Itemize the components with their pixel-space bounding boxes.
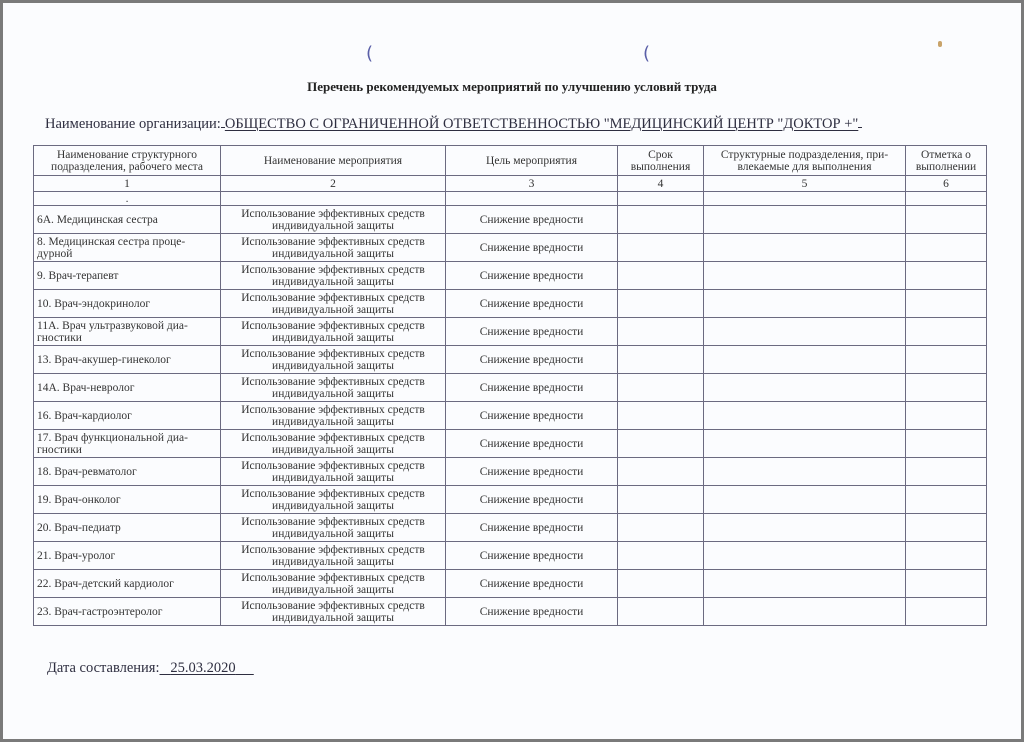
column-number: 3: [446, 176, 618, 192]
cell-goal: Снижение вредности: [446, 570, 618, 598]
cell-departments: [704, 542, 906, 570]
pen-mark: (: [366, 43, 373, 64]
organization-label: Наименование организации:: [45, 116, 221, 132]
cell-deadline: [618, 290, 704, 318]
cell-goal: Снижение вредности: [446, 318, 618, 346]
cell-goal: Снижение вредности: [446, 458, 618, 486]
scan-speck: [938, 41, 942, 47]
cell-workplace: 21. Врач-уролог: [34, 542, 221, 570]
cell-workplace: 13. Врач-акушер-гинеколог: [34, 346, 221, 374]
cell-deadline: [618, 262, 704, 290]
cell-workplace: 6А. Медицинская сестра: [34, 206, 221, 234]
cell-deadline: [618, 374, 704, 402]
cell-departments: [704, 402, 906, 430]
cell-workplace: 16. Врач-кардиолог: [34, 402, 221, 430]
cell-departments: [704, 514, 906, 542]
date-label: Дата составления:: [47, 660, 160, 676]
cell-workplace: 19. Врач-онколог: [34, 486, 221, 514]
cell-measure: Использование эффективных средств индиви…: [221, 234, 446, 262]
cell-goal: Снижение вредности: [446, 290, 618, 318]
table-row: 18. Врач-ревматологИспользование эффекти…: [34, 458, 987, 486]
table-body: 6А. Медицинская сестраИспользование эффе…: [34, 206, 987, 626]
table-row: 10. Врач-эндокринологИспользование эффек…: [34, 290, 987, 318]
blank-marker: .: [34, 192, 221, 206]
column-number: 4: [618, 176, 704, 192]
cell-completion-mark: [906, 486, 987, 514]
cell-completion-mark: [906, 206, 987, 234]
header-deadline: Срок выполнения: [618, 146, 704, 176]
document-title: Перечень рекомендуемых мероприятий по ул…: [3, 79, 1021, 95]
cell-departments: [704, 262, 906, 290]
cell-workplace: 22. Врач-детский кардиолог: [34, 570, 221, 598]
cell-departments: [704, 458, 906, 486]
cell-completion-mark: [906, 262, 987, 290]
table-row: 20. Врач-педиатрИспользование эффективны…: [34, 514, 987, 542]
cell-departments: [704, 430, 906, 458]
cell-deadline: [618, 318, 704, 346]
cell-completion-mark: [906, 458, 987, 486]
table-row: 23. Врач-гастроэнтерологИспользование эф…: [34, 598, 987, 626]
cell-goal: Снижение вредности: [446, 374, 618, 402]
header-measure: Наименование мероприятия: [221, 146, 446, 176]
blank-cell: [618, 192, 704, 206]
cell-measure: Использование эффективных средств индиви…: [221, 346, 446, 374]
cell-deadline: [618, 514, 704, 542]
cell-completion-mark: [906, 374, 987, 402]
cell-departments: [704, 318, 906, 346]
cell-deadline: [618, 542, 704, 570]
cell-measure: Использование эффективных средств индиви…: [221, 402, 446, 430]
table-row: 9. Врач-терапевтИспользование эффективны…: [34, 262, 987, 290]
cell-completion-mark: [906, 430, 987, 458]
table-row: 8. Медицинская сестра проце-дурнойИсполь…: [34, 234, 987, 262]
cell-measure: Использование эффективных средств индиви…: [221, 570, 446, 598]
cell-goal: Снижение вредности: [446, 234, 618, 262]
cell-measure: Использование эффективных средств индиви…: [221, 598, 446, 626]
cell-deadline: [618, 430, 704, 458]
cell-completion-mark: [906, 234, 987, 262]
cell-workplace: 18. Врач-ревматолог: [34, 458, 221, 486]
header-goal: Цель мероприятия: [446, 146, 618, 176]
organization-line: Наименование организации:ОБЩЕСТВО С ОГРА…: [45, 113, 862, 133]
cell-goal: Снижение вредности: [446, 262, 618, 290]
cell-completion-mark: [906, 290, 987, 318]
cell-goal: Снижение вредности: [446, 430, 618, 458]
cell-workplace: 20. Врач-педиатр: [34, 514, 221, 542]
measures-table: Наименование структурного подразделения,…: [33, 145, 987, 626]
blank-cell: [221, 192, 446, 206]
cell-completion-mark: [906, 402, 987, 430]
cell-goal: Снижение вредности: [446, 542, 618, 570]
table-row: 6А. Медицинская сестраИспользование эффе…: [34, 206, 987, 234]
cell-goal: Снижение вредности: [446, 206, 618, 234]
date-value: 25.03.2020: [160, 660, 254, 676]
cell-measure: Использование эффективных средств индиви…: [221, 486, 446, 514]
cell-completion-mark: [906, 598, 987, 626]
cell-departments: [704, 374, 906, 402]
table-row: 13. Врач-акушер-гинекологИспользование э…: [34, 346, 987, 374]
cell-departments: [704, 234, 906, 262]
cell-measure: Использование эффективных средств индиви…: [221, 430, 446, 458]
header-completion: Отметка о выполнении: [906, 146, 987, 176]
blank-cell: [704, 192, 906, 206]
cell-workplace: 10. Врач-эндокринолог: [34, 290, 221, 318]
cell-deadline: [618, 402, 704, 430]
blank-row: .: [34, 192, 987, 206]
cell-deadline: [618, 346, 704, 374]
table-row: 17. Врач функциональной диа-гностикиИспо…: [34, 430, 987, 458]
cell-completion-mark: [906, 542, 987, 570]
cell-deadline: [618, 598, 704, 626]
cell-deadline: [618, 570, 704, 598]
cell-departments: [704, 570, 906, 598]
table-header-row: Наименование структурного подразделения,…: [34, 146, 987, 176]
cell-departments: [704, 206, 906, 234]
cell-workplace: 23. Врач-гастроэнтеролог: [34, 598, 221, 626]
organization-value: ОБЩЕСТВО С ОГРАНИЧЕННОЙ ОТВЕТСТВЕННОСТЬЮ…: [225, 116, 858, 132]
cell-goal: Снижение вредности: [446, 486, 618, 514]
blank-cell: [906, 192, 987, 206]
pen-mark: (: [643, 43, 650, 64]
table-row: 19. Врач-онкологИспользование эффективны…: [34, 486, 987, 514]
cell-workplace: 14А. Врач-невролог: [34, 374, 221, 402]
cell-departments: [704, 346, 906, 374]
cell-goal: Снижение вредности: [446, 598, 618, 626]
cell-workplace: 17. Врач функциональной диа-гностики: [34, 430, 221, 458]
underline-pad: [858, 113, 862, 128]
column-number-row: 1 2 3 4 5 6: [34, 176, 987, 192]
column-number: 1: [34, 176, 221, 192]
column-number: 6: [906, 176, 987, 192]
cell-deadline: [618, 206, 704, 234]
cell-measure: Использование эффективных средств индиви…: [221, 542, 446, 570]
header-workplace: Наименование структурного подразделения,…: [34, 146, 221, 176]
cell-deadline: [618, 234, 704, 262]
cell-completion-mark: [906, 514, 987, 542]
cell-workplace: 9. Врач-терапевт: [34, 262, 221, 290]
column-number: 5: [704, 176, 906, 192]
date-text: 25.03.2020: [170, 660, 235, 676]
table-row: 16. Врач-кардиологИспользование эффектив…: [34, 402, 987, 430]
cell-measure: Использование эффективных средств индиви…: [221, 290, 446, 318]
cell-measure: Использование эффективных средств индиви…: [221, 514, 446, 542]
table-row: 11А. Врач ультразвуковой диа-гностикиИсп…: [34, 318, 987, 346]
blank-cell: [446, 192, 618, 206]
cell-completion-mark: [906, 318, 987, 346]
cell-workplace: 8. Медицинская сестра проце-дурной: [34, 234, 221, 262]
cell-goal: Снижение вредности: [446, 402, 618, 430]
cell-completion-mark: [906, 570, 987, 598]
scanned-page: ( ( Перечень рекомендуемых мероприятий п…: [3, 3, 1021, 739]
cell-departments: [704, 486, 906, 514]
cell-goal: Снижение вредности: [446, 346, 618, 374]
table-row: 22. Врач-детский кардиологИспользование …: [34, 570, 987, 598]
cell-departments: [704, 598, 906, 626]
table-row: 21. Врач-урологИспользование эффективных…: [34, 542, 987, 570]
cell-measure: Использование эффективных средств индиви…: [221, 206, 446, 234]
cell-measure: Использование эффективных средств индиви…: [221, 318, 446, 346]
cell-deadline: [618, 458, 704, 486]
cell-measure: Использование эффективных средств индиви…: [221, 262, 446, 290]
table-row: 14А. Врач-неврологИспользование эффектив…: [34, 374, 987, 402]
header-departments: Структурные подразделения, при-влекаемые…: [704, 146, 906, 176]
column-number: 2: [221, 176, 446, 192]
cell-deadline: [618, 486, 704, 514]
compilation-date-line: Дата составления: 25.03.2020: [47, 660, 254, 677]
cell-measure: Использование эффективных средств индиви…: [221, 374, 446, 402]
cell-departments: [704, 290, 906, 318]
cell-workplace: 11А. Врач ультразвуковой диа-гностики: [34, 318, 221, 346]
cell-measure: Использование эффективных средств индиви…: [221, 458, 446, 486]
cell-goal: Снижение вредности: [446, 514, 618, 542]
cell-completion-mark: [906, 346, 987, 374]
